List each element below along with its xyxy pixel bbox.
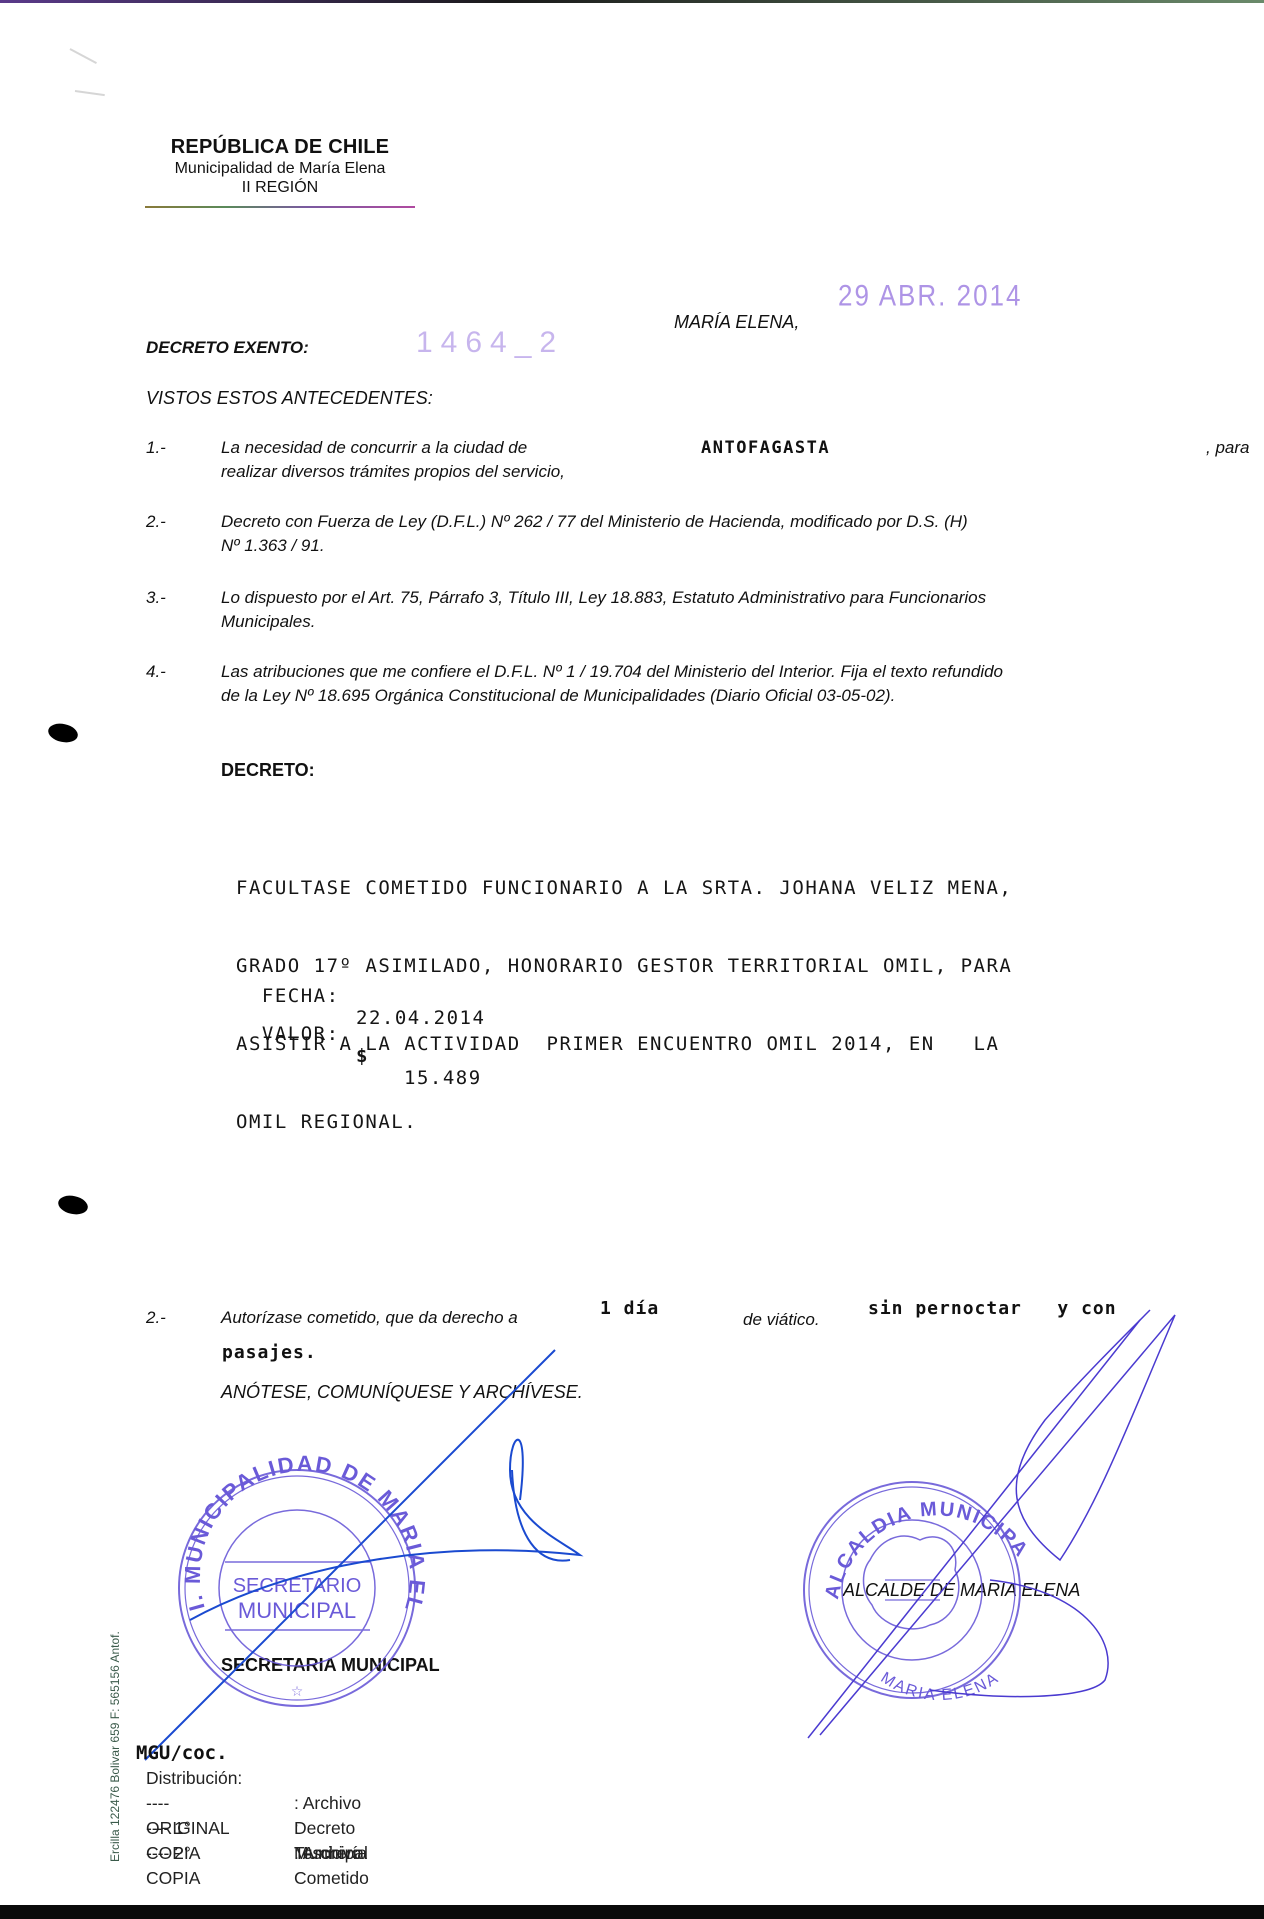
auth-text: Autorízase cometido, que da derecho a: [221, 1308, 518, 1328]
auth-number: 2.-: [146, 1308, 166, 1328]
fecha-value: 22.04.2014: [356, 1007, 485, 1029]
viatico-days: 1 día: [600, 1298, 659, 1319]
decree-line: GRADO 17º ASIMILADO, HONORARIO GESTOR TE…: [236, 953, 1012, 979]
item-text-cont: Nº 1.363 / 91.: [221, 534, 1221, 558]
distribution-title: Distribución:: [146, 1766, 242, 1791]
decree-exento-label: DECRETO EXENTO:: [146, 338, 309, 358]
scan-bottom-edge: [0, 1905, 1264, 1919]
item-text: Decreto con Fuerza de Ley (D.F.L.) Nº 26…: [221, 510, 1221, 534]
punch-hole: [46, 721, 79, 745]
item-number: 4.-: [146, 660, 206, 684]
secretary-seal-inner-2: MUNICIPAL: [238, 1598, 356, 1623]
item-text-end: , para: [1206, 436, 1264, 460]
scan-top-edge: [0, 0, 1264, 3]
region-name: II REGIÓN: [145, 179, 415, 197]
municipality-name: Municipalidad de María Elena: [145, 160, 415, 178]
distribution-row: ---- 1° COPIA : Tesorería: [146, 1816, 242, 1841]
star-icon: ☆: [291, 1684, 304, 1700]
place-label: MARÍA ELENA,: [674, 312, 799, 333]
printer-imprint: Ercilla 122476 Bolivar 659 F: 565156 Ant…: [108, 1631, 122, 1862]
decree-body: FACULTASE COMETIDO FUNCIONARIO A LA SRTA…: [236, 823, 1012, 1161]
vistos-title: VISTOS ESTOS ANTECEDENTES:: [146, 388, 433, 409]
mayor-signature: [808, 1310, 1175, 1738]
secretary-signature: [145, 1350, 580, 1760]
copy-destination: : Archivo Cometido: [294, 1841, 369, 1891]
auth-condition: sin pernoctar y con: [868, 1298, 1117, 1319]
item-text-cont: de la Ley Nº 18.695 Orgánica Constitucio…: [221, 684, 1221, 708]
copy-label: ---- 2° COPIA: [146, 1841, 242, 1891]
initials: MGU/coc.: [136, 1742, 228, 1764]
valor-amount: 15.489: [404, 1067, 482, 1089]
letterhead: REPÚBLICA DE CHILE Municipalidad de Marí…: [145, 136, 415, 197]
decree-number-stamp: 1464_2: [416, 326, 564, 360]
distribution-row: ---- 2° COPIA : Archivo Cometido: [146, 1841, 242, 1866]
item-text-cont: Municipales.: [221, 610, 1221, 634]
punch-hole: [56, 1193, 89, 1217]
decreto-title: DECRETO:: [221, 760, 315, 781]
secretary-seal-outer-text: I. MUNICIPALIDAD DE MARIA ELENA: [0, 0, 430, 1616]
valor-row: VALOR: $ 15.489: [236, 1001, 340, 1089]
mayor-title: ALCALDE DE MARIA ELENA: [843, 1580, 1080, 1601]
letterhead-rule: [145, 206, 415, 208]
item-text: Lo dispuesto por el Art. 75, Párrafo 3, …: [221, 586, 1221, 610]
mayor-seal-top-text: ALCALDIA MUNICIPAL: [0, 0, 1033, 1601]
scan-speck: [75, 90, 105, 96]
country-title: REPÚBLICA DE CHILE: [145, 136, 415, 159]
item-number: 1.-: [146, 436, 206, 460]
date-stamp: 29 ABR. 2014: [838, 278, 1022, 314]
item-number: 3.-: [146, 586, 206, 610]
scan-speck: [70, 48, 97, 64]
item-text: Las atribuciones que me confiere el D.F.…: [221, 660, 1221, 684]
mayor-seal-bottom-text: MARIA ELENA: [878, 1669, 1003, 1704]
secretary-title: SECRETARIA MUNICIPAL: [221, 1655, 440, 1676]
decree-line: ASISTIR A LA ACTIVIDAD PRIMER ENCUENTRO …: [236, 1031, 1012, 1057]
auth-condition-cont: pasajes.: [222, 1342, 317, 1363]
item-text-cont: realizar diversos trámites propios del s…: [221, 460, 1221, 484]
distribution-list: Distribución: ---- ORIGINAL : Archivo De…: [146, 1766, 242, 1866]
valor-label: VALOR:: [262, 1023, 340, 1045]
closing-formula: ANÓTESE, COMUNÍQUESE Y ARCHÍVESE.: [221, 1382, 583, 1403]
item-number: 2.-: [146, 510, 206, 534]
valor-currency: $: [356, 1045, 369, 1067]
distribution-row: ---- ORIGINAL : Archivo Decreto Municipa…: [146, 1791, 242, 1816]
decree-line: OMIL REGIONAL.: [236, 1109, 1012, 1135]
destination-city: ANTOFAGASTA: [701, 436, 830, 460]
decree-line: FACULTASE COMETIDO FUNCIONARIO A LA SRTA…: [236, 875, 1012, 901]
secretary-seal-inner-1: SECRETARIO: [233, 1575, 362, 1597]
auth-text-after: de viático.: [743, 1310, 820, 1330]
